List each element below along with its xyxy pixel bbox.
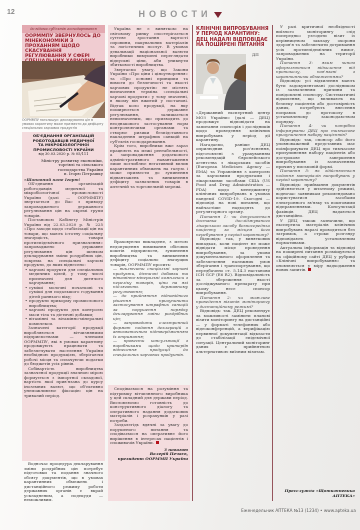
paragraph: — виключити спеціальні харчові продукти,… [110, 267, 188, 294]
article1-headline-box: ООРММПУ ЗВЕРНУЛОСЬ ДО МІНЕКОНОМІКИ З ПРО… [22, 33, 105, 61]
photo-consultation [196, 54, 246, 110]
article1-photo-caption: ООРММПУ наголошує: декларування цін в ум… [22, 118, 105, 132]
paragraph: Україна не є винятком: на світовому ринк… [110, 27, 188, 68]
article2-col3-text: Нагадаємо, раніше ДЕЦ оприлюднив роз'ясн… [196, 143, 270, 355]
paragraph: Постановою Кабінету Міністрів України ві… [24, 218, 103, 268]
column-4: У разі критичної необхідності виїзного м… [273, 25, 355, 501]
paragraph: Зазначені категорії продукції виробляють… [24, 326, 103, 367]
paragraph: Питання 1: чи допускається доставка досл… [196, 215, 270, 238]
letterhead: ОБ'ЄДНАННЯ ОРГАНІЗАЦІЙРОБОТОДАВЦІВ МЕДИЧ… [24, 134, 103, 152]
paragraph: Собівартість виробництва зазначеної прод… [24, 367, 103, 399]
photo-hand-writing [22, 61, 105, 118]
column-2: Україна не є винятком: на світовому ринк… [108, 25, 190, 501]
paragraph: Сподіваємося на розуміння та підтримку в… [110, 387, 188, 423]
paragraph: У ДЕЦ також зазначили, що експертиза мат… [276, 219, 355, 246]
article1-letter-closing: Сподіваємося на розуміння та підтримку в… [110, 387, 188, 446]
column-3: КЛІНІЧНІ ВИПРОБУВАННЯ У ПЕРІОД КАРАНТИНУ… [192, 25, 273, 501]
article1-col1-text: ОБ'єднання організацій роботодавців меди… [24, 182, 103, 398]
columns-container: до відома суб'єктів господарювання ООРММ… [22, 25, 356, 501]
paragraph: — провести консультації з виробниками що… [110, 339, 188, 357]
article1-headline: ООРММПУ ЗВЕРНУЛОСЬ ДО МІНЕКОНОМІКИ З ПРО… [25, 35, 102, 61]
paragraph: Звертаємо увагу, що Закони України «Про … [110, 68, 188, 145]
article2-col3-body: ДП «Державний експертний центр МОЗ Украї… [196, 53, 270, 500]
section-header: НОВОСТИ [0, 9, 360, 19]
paragraph: Крім того, виробники вже зараз працюють … [110, 144, 188, 189]
footer-imprint: Еженедельник АПТЕКА №13 (1234) • www.apt… [241, 508, 356, 513]
paragraph: Актуальна інформація та відповіді на пош… [276, 246, 355, 273]
paragraph: суміші молочні початкові та суміші для п… [24, 286, 103, 300]
article2-headline: КЛІНІЧНІ ВИПРОБУВАННЯ У ПЕРІОД КАРАНТИНУ… [196, 25, 270, 53]
paragraph: Питання 5: як здійснюється подання матер… [276, 169, 355, 183]
paragraph: Відповідь: усі відхилення мають бути зад… [276, 79, 355, 124]
article2-col4-text: У разі критичної необхідності виїзного м… [276, 25, 355, 487]
paragraph: ОБ'єднання організацій роботодавців меди… [24, 182, 103, 218]
letter-date: від 30.03.2020 р. № 05/111 [24, 152, 103, 157]
paragraph: Враховуючи викладене, з метою недопущенн… [110, 240, 188, 267]
article1-kicker: до відома суб'єктів господарювання [22, 25, 105, 33]
paragraph: — запровадити електронний формат подання… [110, 321, 188, 339]
paragraph: Питання 3: яким чином оформлюються відхи… [276, 61, 355, 79]
article1-col2-pink-top: Україна не є винятком: на світовому ринк… [108, 25, 190, 238]
paragraph: Відповідь: так, спонсор або його уповнов… [276, 138, 355, 170]
article1-letter-panel: ОБ'ЄДНАННЯ ОРГАНІЗАЦІЙРОБОТОДАВЦІВ МЕДИЧ… [22, 132, 105, 461]
paragraph: Відповідь: так, у виняткових випадках, к… [196, 237, 270, 296]
article1-col1-tail: Водночас процедура декларування зміни ро… [22, 461, 105, 501]
paragraph: Відповідь: приймання документів здійснює… [276, 183, 355, 219]
paragraph: харчові продукти для спеціальних медични… [24, 268, 103, 286]
newspaper-page: 12 НОВОСТИ до відома суб'єктів господарю… [0, 0, 360, 530]
paragraph: — до прийняття відповідного рішення приз… [110, 294, 188, 321]
paragraph: Питання 2: чи можливе проведення візитів… [196, 296, 270, 310]
article1-col2-pink-bottom: Сподіваємося на розуміння та підтримку в… [108, 385, 190, 501]
article1-col2-white: Враховуючи викладене, з метою недопущенн… [108, 238, 190, 385]
article1-signature: З повагоюВалерій Печаєв,президент ООРММП… [110, 448, 188, 462]
triangle-down-icon [214, 12, 222, 18]
paragraph: Заздалегідь вдячні за увагу до порушеног… [110, 423, 188, 446]
article2-signature: Пресслужба «Щотижневика АПТЕКА» [276, 489, 355, 499]
letter-addressee: Міністру розвитку економіки,торгівлі та … [24, 159, 103, 177]
section-header-label: НОВОСТИ [138, 9, 211, 19]
text-line: президент ООРММП України [110, 457, 188, 462]
paragraph: У разі критичної необхідності виїзного м… [276, 25, 355, 61]
paragraph: Нагадаємо, раніше ДЕЦ оприлюднив роз'ясн… [196, 143, 270, 215]
column-1: до відома суб'єктів господарювання ООРММ… [22, 25, 105, 501]
paragraph: вітамінні та вітамінно-мінеральні компле… [24, 317, 103, 326]
paragraph: Водночас процедура декларування зміни ро… [24, 462, 103, 501]
paragraph: Питання 4: чи потрібно інформувати ДЕЦ п… [276, 124, 355, 138]
paragraph: Відповідь: так. ДЕЦ рекомендує за можлив… [196, 309, 270, 354]
